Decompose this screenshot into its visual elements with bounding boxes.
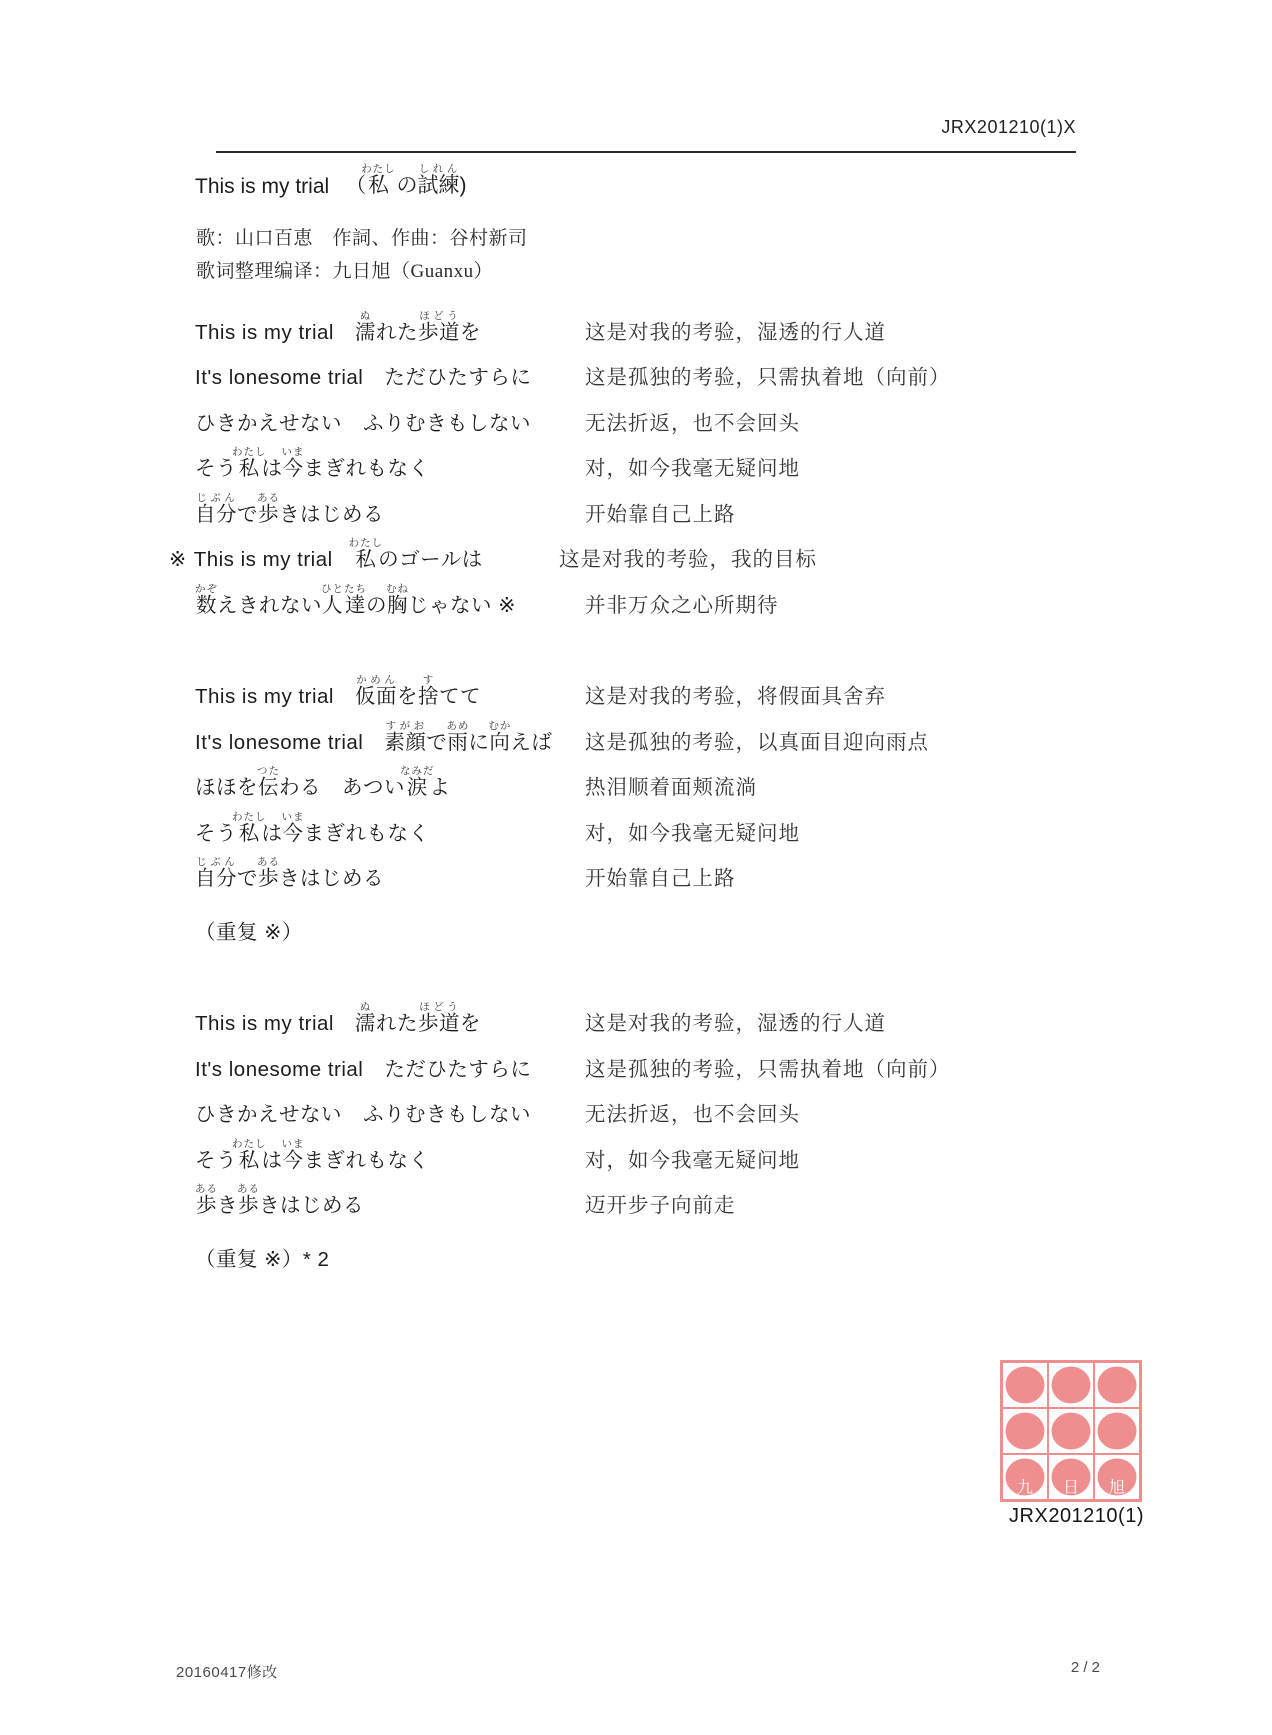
logo-dot — [1052, 1413, 1091, 1450]
jiurixu-logo: 九日旭 — [1000, 1360, 1142, 1502]
logo-code: JRX201210(1) — [1000, 1505, 1144, 1528]
logo-dot — [1006, 1367, 1045, 1404]
lyric-line: This is my trial 濡ぬれた歩道ほどうを这是对我的考验，湿透的行人… — [195, 991, 1095, 1037]
logo-cell — [1094, 1408, 1140, 1454]
japanese-lyric: （重复 ※） — [195, 922, 585, 945]
lyric-line: This is my trial 濡ぬれた歩道ほどうを这是对我的考验，湿透的行人… — [195, 299, 1095, 345]
logo-cell — [1002, 1408, 1048, 1454]
logo-dot — [1052, 1367, 1091, 1404]
lyric-line: そう私わたしは今いままぎれもなく对，如今我毫无疑问地 — [195, 800, 1095, 846]
lyric-line: ※This is my trial 私わたしのゴールは这是对我的考验，我的目标 — [169, 527, 1095, 573]
lyric-line: 数かぞえきれない人達ひとたちの胸むねじゃない ※并非万众之心所期待 — [195, 572, 1095, 618]
lyric-line: ひきかえせない ふりむきもしない无法折返，也不会回头 — [195, 1082, 1095, 1128]
chinese-translation: 对，如今我毫无疑问地 — [585, 1150, 800, 1173]
japanese-lyric: そう私わたしは今いままぎれもなく — [195, 1138, 585, 1173]
logo-character: 九 — [1006, 1475, 1045, 1498]
repeat-note: （重复 ※） — [195, 899, 1095, 945]
logo-cell — [1048, 1362, 1094, 1408]
lyric-line: ひきかえせない ふりむきもしない无法折返，也不会回头 — [195, 390, 1095, 436]
logo-cell — [1094, 1362, 1140, 1408]
chinese-translation: 热泪顺着面颊流淌 — [585, 777, 757, 800]
lyric-line: そう私わたしは今いままぎれもなく对，如今我毫无疑问地 — [195, 436, 1095, 482]
chinese-translation: 这是孤独的考验，以真面目迎向雨点 — [585, 732, 929, 755]
japanese-lyric: It's lonesome trial ただひたすらに — [195, 367, 585, 390]
verse: This is my trial 濡ぬれた歩道ほどうを这是对我的考验，湿透的行人… — [195, 299, 1095, 618]
logo-dot: 日 — [1052, 1459, 1091, 1496]
logo-dot — [1098, 1413, 1137, 1450]
japanese-lyric: This is my trial 濡ぬれた歩道ほどうを — [195, 310, 585, 345]
chinese-translation: 这是对我的考验，湿透的行人道 — [585, 322, 886, 345]
logo-cell — [1002, 1362, 1048, 1408]
japanese-lyric: そう私わたしは今いままぎれもなく — [195, 446, 585, 481]
logo-character: 旭 — [1098, 1475, 1137, 1498]
japanese-lyric: It's lonesome trial 素顔すがおで雨あめに向むかえば — [195, 720, 585, 755]
lyrics-section: This is my trial 濡ぬれた歩道ほどうを这是对我的考验，湿透的行人… — [195, 299, 1095, 1272]
song-title: This is my trial （私わたし の試練しれん) — [195, 163, 467, 199]
japanese-lyric: 数かぞえきれない人達ひとたちの胸むねじゃない ※ — [195, 583, 585, 618]
japanese-lyric: It's lonesome trial ただひたすらに — [195, 1059, 585, 1082]
song-title-jp: （私わたし の試練しれん) — [345, 163, 466, 199]
credits-artist-line: 歌：山口百恵 作詞、作曲：谷村新司 — [196, 222, 528, 255]
lyric-line: It's lonesome trial ただひたすらに这是孤独的考验，只需执着地… — [195, 1036, 1095, 1082]
lyric-line: ほほを伝つたわる あつい涙なみだよ热泪顺着面颊流淌 — [195, 755, 1095, 801]
japanese-lyric: ほほを伝つたわる あつい涙なみだよ — [195, 765, 585, 800]
chinese-translation: 开始靠自己上路 — [585, 504, 736, 527]
lyric-line: そう私わたしは今いままぎれもなく对，如今我毫无疑问地 — [195, 1127, 1095, 1173]
japanese-lyric: 自分じぶんで歩あるきはじめる — [195, 492, 585, 527]
lyric-line: 自分じぶんで歩あるきはじめる开始靠自己上路 — [195, 481, 1095, 527]
japanese-lyric: This is my trial 仮面かめんを捨すてて — [195, 674, 585, 709]
repeat-note: （重复 ※）* 2 — [195, 1226, 1095, 1272]
verse: This is my trial 仮面かめんを捨すてて这是对我的考验，将假面具舍… — [195, 664, 1095, 945]
logo-cell: 九 — [1002, 1454, 1048, 1500]
chinese-translation: 这是对我的考验，湿透的行人道 — [585, 1013, 886, 1036]
lyric-line: 自分じぶんで歩あるきはじめる开始靠自己上路 — [195, 846, 1095, 892]
lyric-line: It's lonesome trial ただひたすらに这是孤独的考验，只需执着地… — [195, 345, 1095, 391]
logo-character: 日 — [1052, 1475, 1091, 1498]
logo-dot — [1006, 1413, 1045, 1450]
chinese-translation: 这是对我的考验，我的目标 — [559, 549, 817, 572]
logo-cell: 旭 — [1094, 1454, 1140, 1500]
credits: 歌：山口百恵 作詞、作曲：谷村新司 歌词整理编译：九日旭（Guanxu） — [196, 222, 528, 288]
chinese-translation: 这是对我的考验，将假面具舍弃 — [585, 686, 886, 709]
document-code-header: JRX201210(1)X — [880, 117, 1076, 138]
chinese-translation: 开始靠自己上路 — [585, 868, 736, 891]
japanese-lyric: そう私わたしは今いままぎれもなく — [195, 811, 585, 846]
logo-dot: 旭 — [1098, 1459, 1137, 1496]
chinese-translation: 对，如今我毫无疑问地 — [585, 823, 800, 846]
footer-revision-date: 20160417修改 — [176, 1661, 278, 1682]
lyric-line: It's lonesome trial 素顔すがおで雨あめに向むかえば这是孤独的… — [195, 709, 1095, 755]
japanese-lyric: ひきかえせない ふりむきもしない — [195, 413, 585, 436]
verse: This is my trial 濡ぬれた歩道ほどうを这是对我的考验，湿透的行人… — [195, 991, 1095, 1272]
japanese-lyric: ひきかえせない ふりむきもしない — [195, 1104, 585, 1127]
song-title-en: This is my trial — [195, 175, 329, 199]
section-marker: ※ — [169, 548, 187, 571]
chinese-translation: 无法折返，也不会回头 — [585, 1104, 800, 1127]
chinese-translation: 并非万众之心所期待 — [585, 595, 779, 618]
credits-editor-line: 歌词整理编译：九日旭（Guanxu） — [196, 255, 528, 288]
chinese-translation: 这是孤独的考验，只需执着地（向前） — [585, 367, 951, 390]
logo-cell — [1048, 1408, 1094, 1454]
scanned-lyrics-page: JRX201210(1)X This is my trial （私わたし の試練… — [0, 0, 1272, 1735]
header-divider — [216, 151, 1076, 153]
footer-page-number: 2 / 2 — [1040, 1659, 1100, 1676]
chinese-translation: 对，如今我毫无疑问地 — [585, 458, 800, 481]
japanese-lyric: ※This is my trial 私わたしのゴールは — [169, 537, 559, 572]
japanese-lyric: 自分じぶんで歩あるきはじめる — [195, 856, 585, 891]
lyric-line: 歩あるき歩あるきはじめる迈开步子向前走 — [195, 1173, 1095, 1219]
logo-dot: 九 — [1006, 1459, 1045, 1496]
japanese-lyric: 歩あるき歩あるきはじめる — [195, 1183, 585, 1218]
lyric-line: This is my trial 仮面かめんを捨すてて这是对我的考验，将假面具舍… — [195, 664, 1095, 710]
japanese-lyric: This is my trial 濡ぬれた歩道ほどうを — [195, 1001, 585, 1036]
chinese-translation: 迈开步子向前走 — [585, 1195, 736, 1218]
chinese-translation: 这是孤独的考验，只需执着地（向前） — [585, 1059, 951, 1082]
japanese-lyric: （重复 ※）* 2 — [195, 1249, 585, 1272]
logo-dot — [1098, 1367, 1137, 1404]
logo-cell: 日 — [1048, 1454, 1094, 1500]
chinese-translation: 无法折返，也不会回头 — [585, 413, 800, 436]
